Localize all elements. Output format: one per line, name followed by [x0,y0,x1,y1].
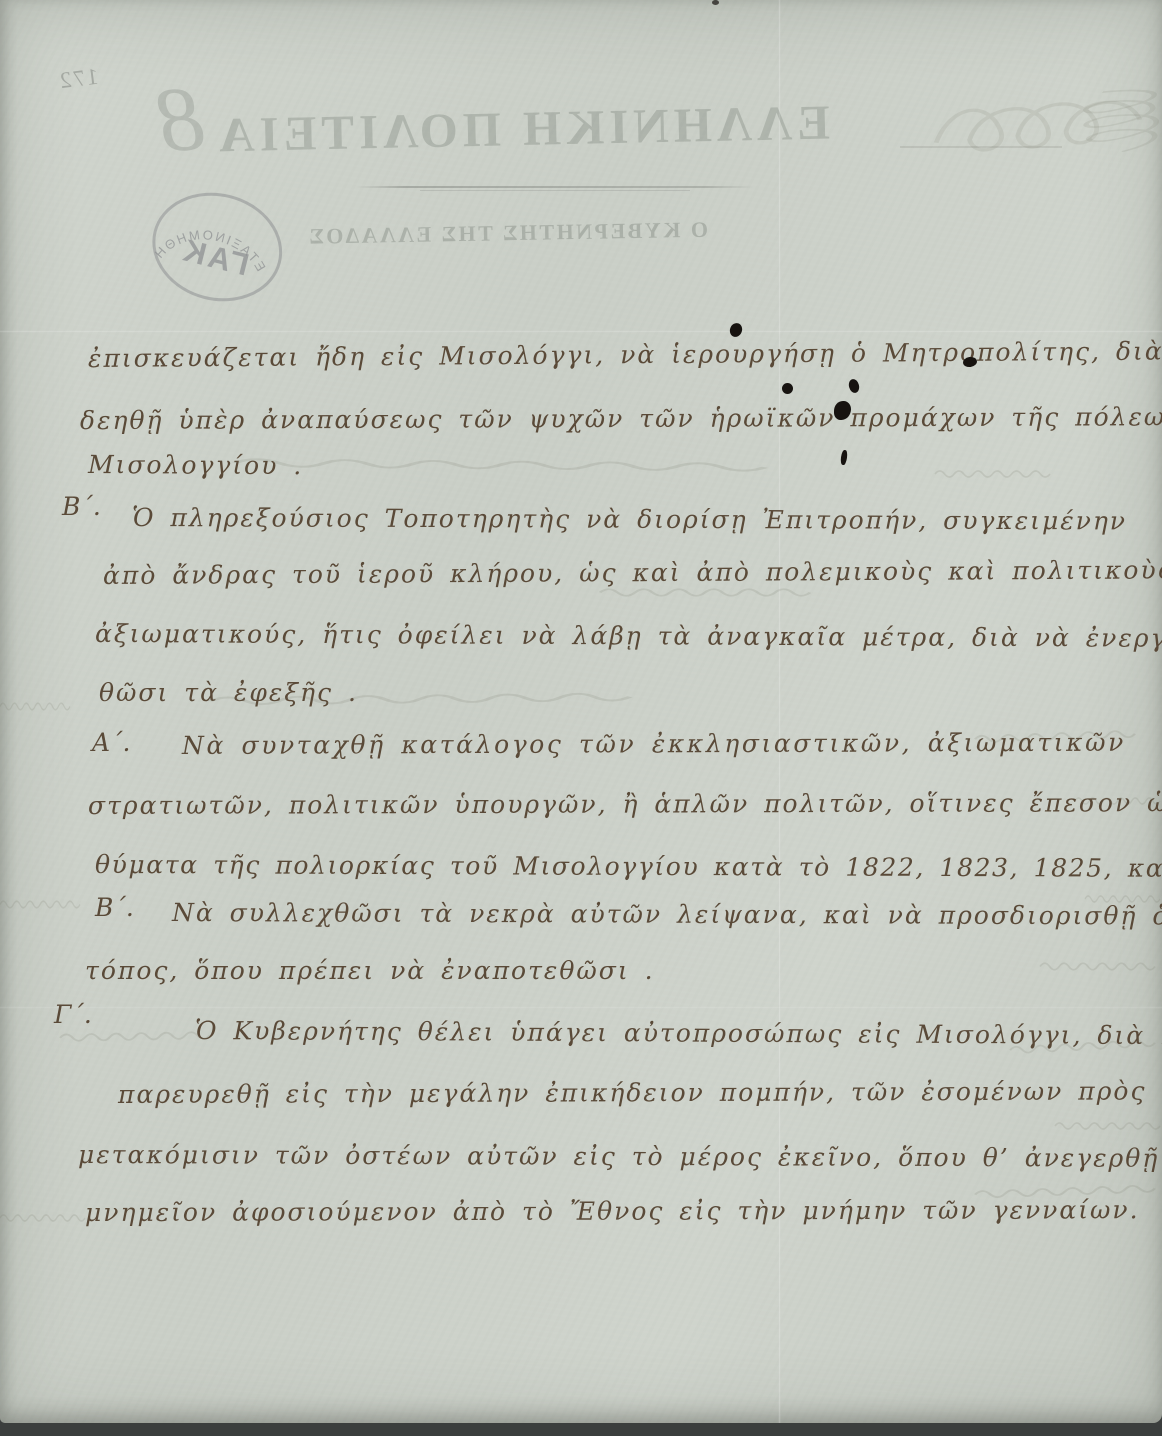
margin-marker: Γ´. [54,1000,92,1029]
manuscript-line: ἀξιωματικούς, ἥτις ὀφείλει νὰ λάβῃ τὰ ἀν… [95,619,1162,653]
manuscript-line: παρευρεθῇ εἰς τὴν μεγάλην ἐπικήδειον πομ… [118,1076,1147,1109]
document-page: 172 8 ΕΛΛΗΝΙΚΗ ΠΟΛΙΤΕΙΑ Ο ΚΥΒΕΡΝΗΤΗΣ ΤΗΣ… [0,0,1162,1423]
manuscript-line: ἀπὸ ἄνδρας τοῦ ἱεροῦ κλήρου, ὡς καὶ ἀπὸ … [103,555,1162,590]
header-ornament-bleed: 8 [154,65,207,174]
bleedthrough-script [1075,795,1160,807]
manuscript-line: τόπος, ὅπου πρέπει νὰ ἐναποτεθῶσι . [85,956,655,985]
page-number-bleed: 172 [57,64,100,95]
manuscript-line: Νὰ συλλεχθῶσι τὰ νεκρὰ αὐτῶν λείψανα, κα… [172,898,1162,930]
ink-blot [728,321,744,338]
bleedthrough-script [0,700,70,713]
manuscript-line: μετακόμισιν τῶν ὀστέων αὐτῶν εἰς τὸ μέρο… [78,1140,1159,1173]
margin-marker: Β´. [95,893,134,922]
header-divider-bleed [420,190,690,191]
header-title-bleed: ΕΛΛΗΝΙΚΗ ΠΟΛΙΤΕΙΑ [201,93,842,163]
margin-marker: Α´. [92,728,131,757]
bleedthrough-script [1040,960,1155,973]
horizontal-fold-crease [0,330,1162,333]
ink-blot [782,383,793,394]
ink-blot [840,450,848,466]
manuscript-line: δεηθῇ ὑπὲρ ἀναπαύσεως τῶν ψυχῶν τῶν ἡρωϊ… [80,402,1162,435]
manuscript-line: θύματα τῆς πολιορκίας τοῦ Μισολογγίου κα… [95,850,1162,883]
bleedthrough-script [235,456,765,475]
bleedthrough-script [0,898,80,911]
bleedthrough-script [600,586,810,599]
header-divider-bleed [356,186,754,188]
bleedthrough-script [0,1212,85,1224]
ink-blot [847,378,860,394]
bleedthrough-script [210,690,630,708]
margin-marker: Β´. [62,492,101,521]
manuscript-line: στρατιωτῶν, πολιτικῶν ὑπουργῶν, ἢ ἁπλῶν … [88,788,1162,820]
ink-blot [712,0,719,5]
archive-stamp: ΕΤΑΞΙΝΟΜΗΘΗ ΓΑΚ [134,173,301,324]
manuscript-line: Ὁ πληρεξούσιος Τοποτηρητὴς νὰ διορίσῃ Ἐπ… [132,503,1127,535]
bleedthrough-script [60,1029,210,1045]
header-subtitle-bleed: Ο ΚΥΒΕΡΝΗΤΗΣ ΤΗΣ ΕΛΛΑΔΟΣ [330,217,708,250]
stamp-graphic: ΕΤΑΞΙΝΟΜΗΘΗ ΓΑΚ [134,173,301,324]
bleedthrough-script [935,468,1050,480]
scan-background: 172 8 ΕΛΛΗΝΙΚΗ ΠΟΛΙΤΕΙΑ Ο ΚΥΒΕΡΝΗΤΗΣ ΤΗΣ… [0,0,1162,1436]
bleedthrough-script [1085,893,1160,905]
manuscript-line: ἐπισκευάζεται ἤδη εἰς Μισολόγγι, νὰ ἱερο… [88,336,1162,373]
horizontal-fold-crease [0,1006,1162,1009]
bleedthrough-script [1055,1120,1160,1132]
